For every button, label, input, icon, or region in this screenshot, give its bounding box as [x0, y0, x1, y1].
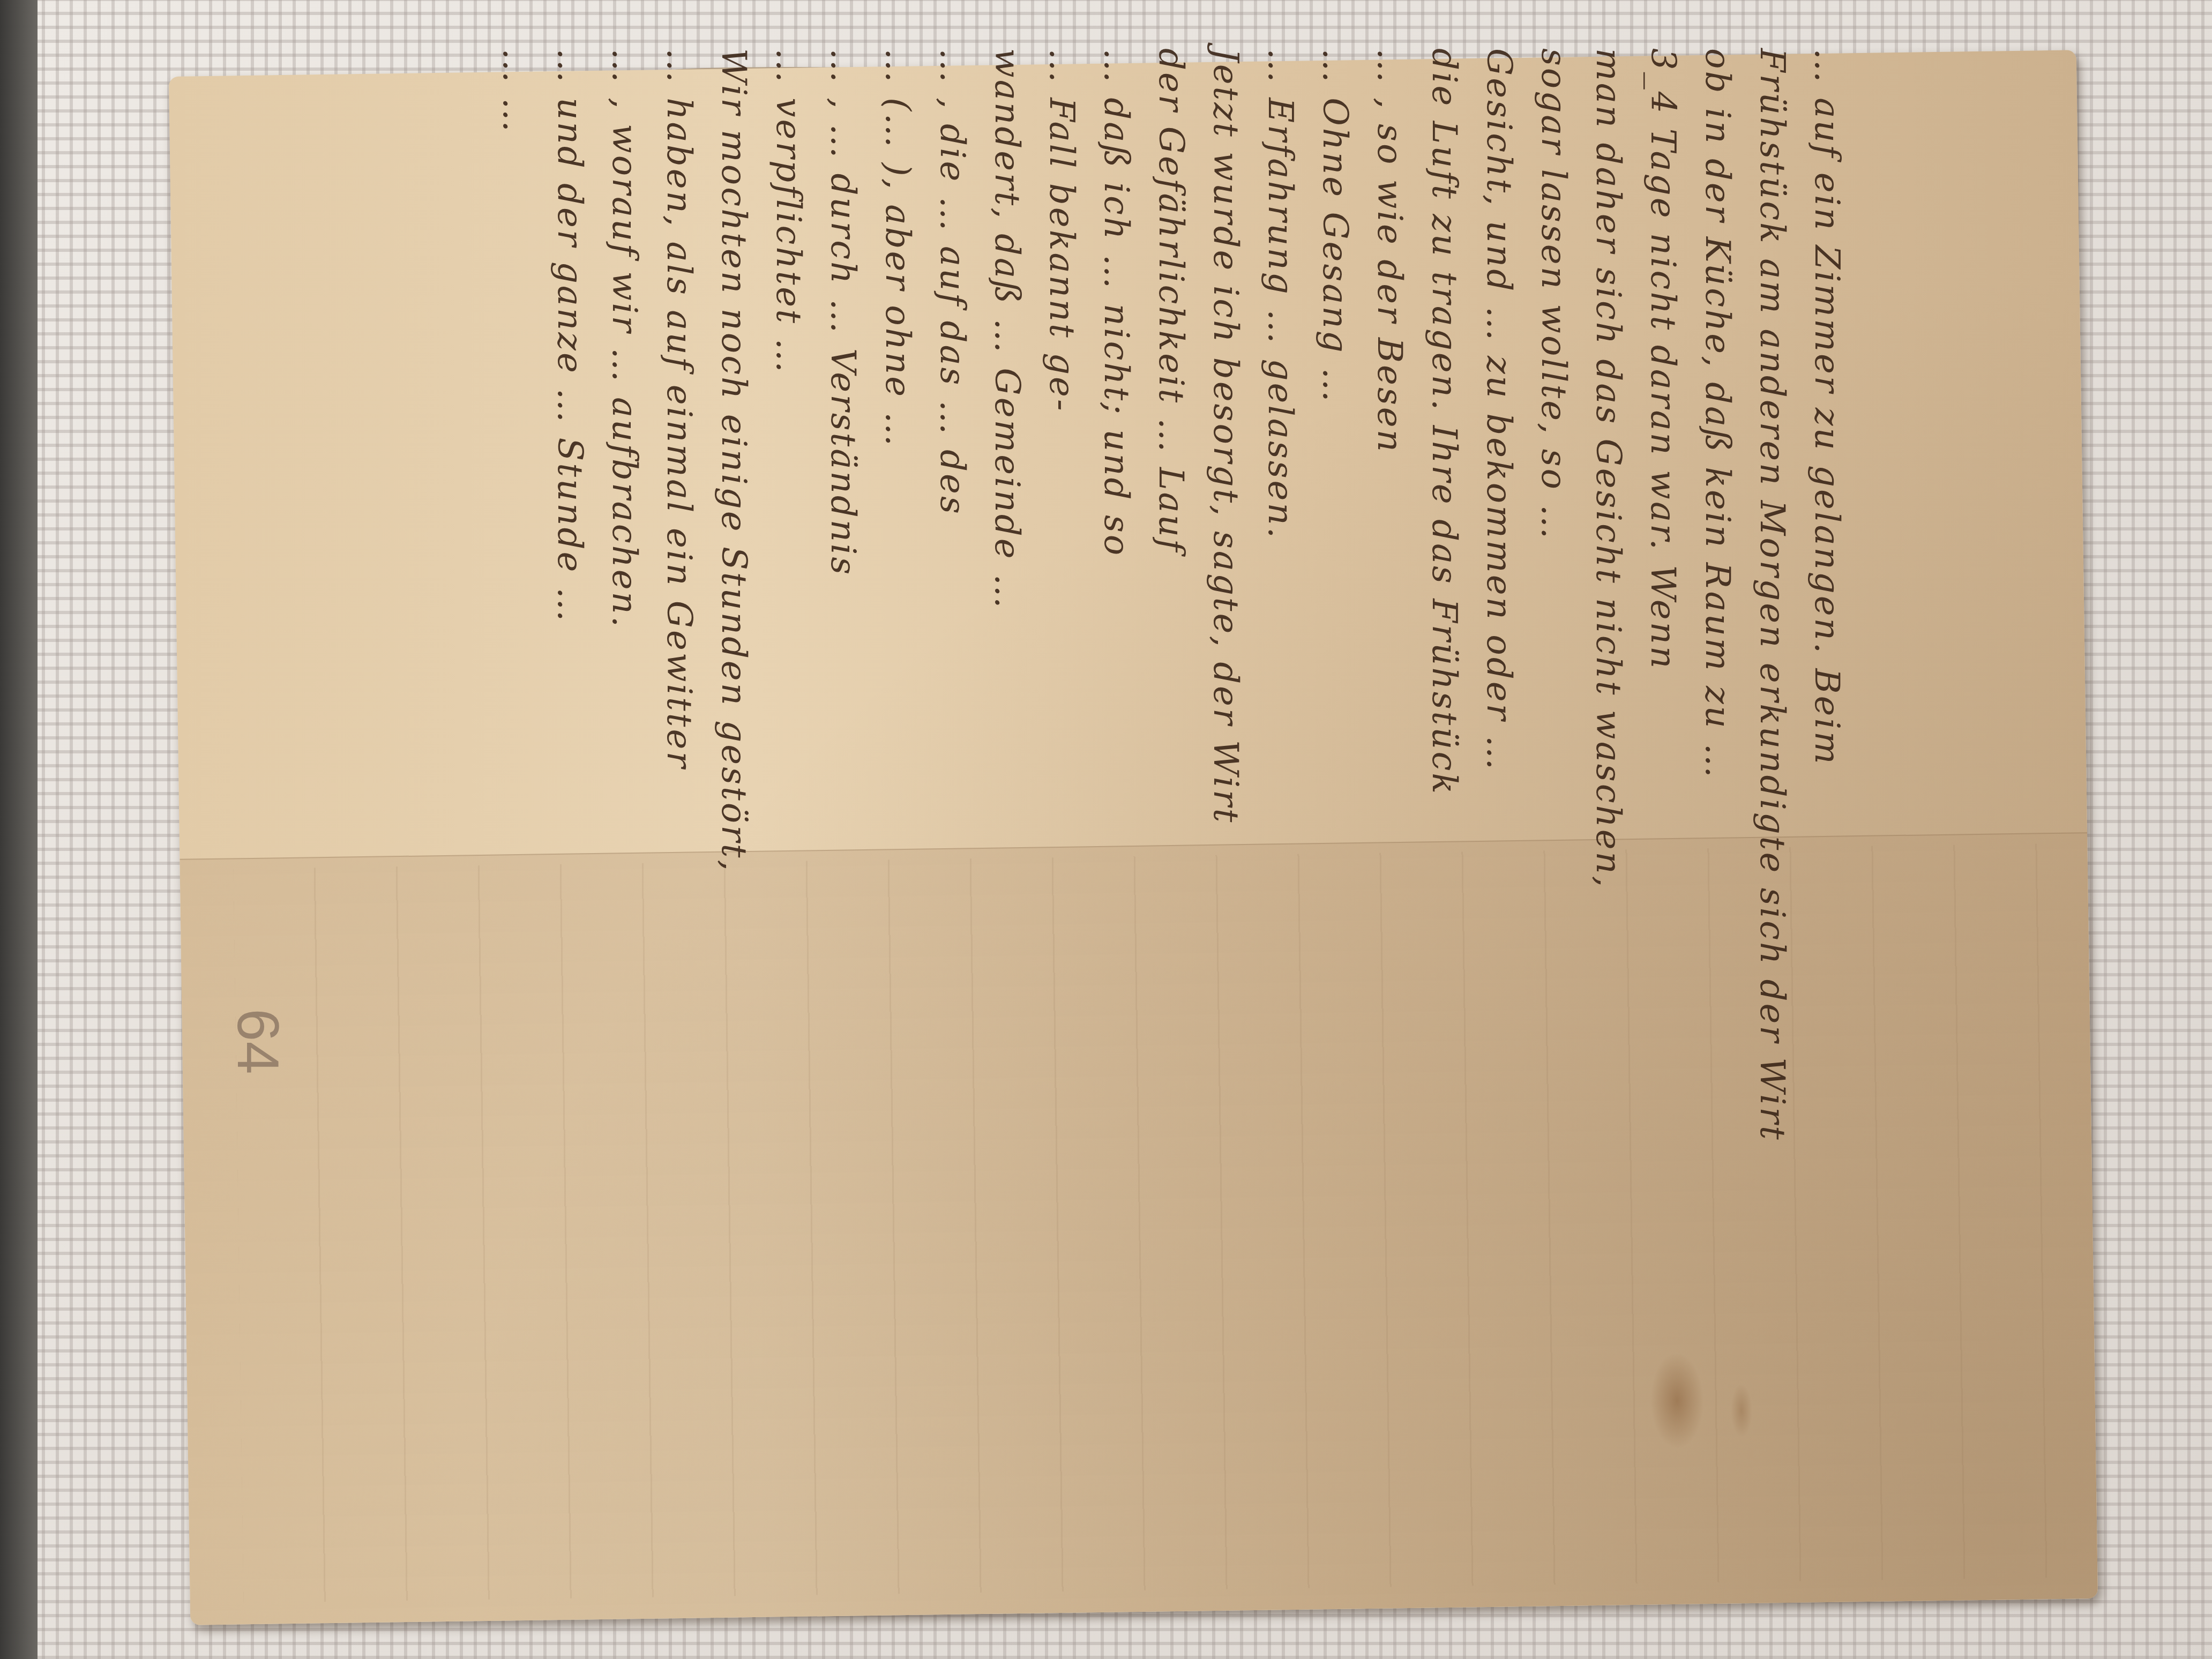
text-line: der Gefährlichkeit … Lauf — [1144, 48, 1198, 798]
text-line: … Fall bekannt ge- — [1034, 48, 1089, 798]
text-line: … … — [488, 48, 542, 798]
text-line: ob in der Küche, daß kein Raum zu … — [1690, 48, 1745, 798]
text-line: Wir mochten noch einige Stunden gestört, — [706, 48, 761, 798]
text-line: … haben, als auf einmal ein Gewitter — [652, 48, 706, 798]
text-line: … Ohne Gesang … — [1307, 48, 1362, 798]
text-line: … daß ich … nicht; und so — [1089, 48, 1144, 798]
text-line: Frühstück am anderen Morgen erkundigte s… — [1745, 48, 1799, 798]
text-line: die Luft zu tragen. Ihre das Frühstück — [1417, 48, 1471, 798]
handwritten-text-block: … auf ein Zimmer zu gelangen. Beim Frühs… — [86, 48, 1854, 798]
text-line: … auf ein Zimmer zu gelangen. Beim — [1799, 48, 1854, 798]
text-line: … , die … auf das … des — [925, 48, 980, 798]
dark-surface-edge — [0, 0, 38, 1659]
text-line: sogar lassen wollte, so … — [1526, 48, 1581, 798]
text-line: 3_4 Tage nicht daran war. Wenn — [1635, 48, 1690, 798]
text-line: Jetzt wurde ich besorgt, sagte, der Wirt — [1198, 48, 1253, 798]
text-line: … , worauf wir … aufbrachen. — [597, 48, 652, 798]
text-line: … und der ganze … Stunde … — [542, 48, 597, 798]
paper-stain-small — [1730, 1384, 1752, 1438]
paper-stain — [1650, 1352, 1705, 1449]
text-line: … verpflichtet … — [761, 48, 816, 798]
text-line: … , so wie der Besen — [1362, 48, 1417, 798]
text-line: man daher sich das Gesicht nicht waschen… — [1581, 48, 1635, 798]
text-line: … (… ), aber ohne … — [870, 48, 925, 798]
text-line: … Erfahrung … gelassen. — [1253, 48, 1307, 798]
text-line: wandert, daß … Gemeinde … — [980, 48, 1034, 798]
text-line: Gesicht, und … zu bekommen oder … — [1471, 48, 1526, 798]
text-line: … , … durch … Verständnis — [816, 48, 870, 798]
pencil-page-number: 64 — [224, 1008, 292, 1074]
